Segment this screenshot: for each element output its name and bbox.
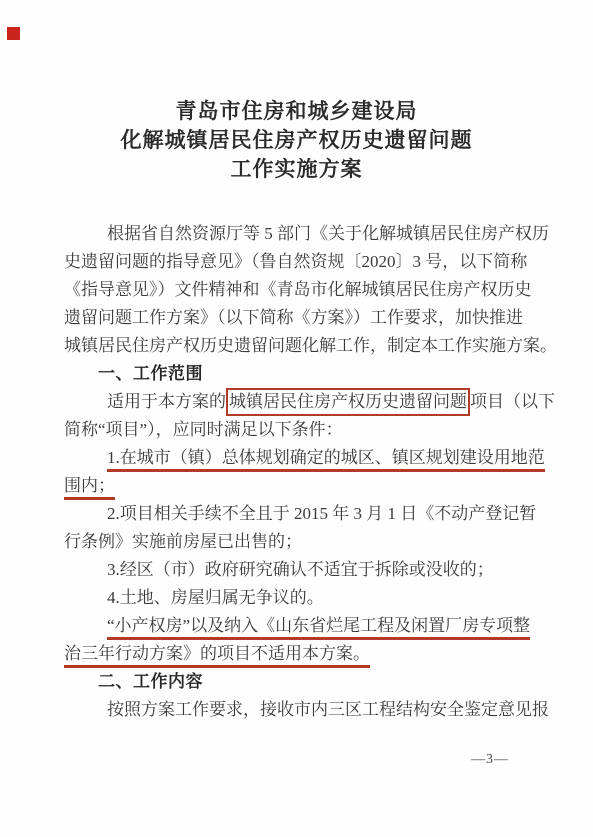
title-line-3: 工作实施方案 [0,155,593,184]
red-underlined-text: 围内； [64,476,115,500]
red-underlined-text: 1.在城市（镇）总体规划确定的城区、镇区规划建设用地范 [107,448,545,472]
paragraph-3-line-2: 治三年行动方案》的项目不适用本方案。 [64,640,532,668]
paragraph-1-line-3: 《指导意见》）文件精神和《青岛市化解城镇居民住房产权历史 [64,276,532,304]
paragraph-1-line-4: 遗留问题工作方案》（以下简称《方案》）工作要求，加快推进 [64,304,532,332]
condition-3: 3.经区（市）政府研究确认不适宜于拆除或没收的； [64,556,532,584]
title-line-1: 青岛市住房和城乡建设局 [0,97,593,126]
paragraph-2-text-before-box: 适用于本方案的 [107,392,226,411]
paragraph-3-line-1: “小产权房”以及纳入《山东省烂尾工程及闲置厂房专项整 [64,612,532,640]
paragraph-2-line-1: 适用于本方案的城镇居民住房产权历史遗留问题项目（以下 [64,388,532,416]
document-body: 根据省自然资源厅等 5 部门《关于化解城镇居民住房产权历 史遗留问题的指导意见》… [64,220,532,724]
document-page: 青岛市住房和城乡建设局 化解城镇居民住房产权历史遗留问题 工作实施方案 根据省自… [0,0,593,837]
condition-2-line-2: 行条例》实施前房屋已出售的； [64,528,532,556]
title-line-2: 化解城镇居民住房产权历史遗留问题 [0,126,593,155]
red-annotation-box: 城镇居民住房产权历史遗留问题 [226,388,470,416]
red-underlined-text: 治三年行动方案》的项目不适用本方案。 [64,644,370,668]
page-number: —3— [471,752,509,768]
paragraph-1-line-1: 根据省自然资源厅等 5 部门《关于化解城镇居民住房产权历 [64,220,532,248]
section-heading-1: 一、工作范围 [64,360,532,388]
red-square-mark [7,27,20,40]
document-title: 青岛市住房和城乡建设局 化解城镇居民住房产权历史遗留问题 工作实施方案 [0,97,593,184]
condition-1-line-2: 围内； [64,472,532,500]
paragraph-2-text-after-box: 项目（以下 [470,392,555,411]
condition-4: 4.土地、房屋归属无争议的。 [64,584,532,612]
condition-2-line-1: 2.项目相关手续不全且于 2015 年 3 月 1 日《不动产登记暂 [64,500,532,528]
paragraph-1-line-5: 城镇居民住房产权历史遗留问题化解工作，制定本工作实施方案。 [64,332,532,360]
condition-1-line-1: 1.在城市（镇）总体规划确定的城区、镇区规划建设用地范 [64,444,532,472]
paragraph-4-line-1: 按照方案工作要求，接收市内三区工程结构安全鉴定意见报 [64,696,532,724]
section-heading-2: 二、工作内容 [64,668,532,696]
paragraph-2-line-2: 简称“项目”），应同时满足以下条件： [64,416,532,444]
paragraph-1-line-2: 史遗留问题的指导意见》（鲁自然资规〔2020〕3 号，以下简称 [64,248,532,276]
red-underlined-text: “小产权房”以及纳入《山东省烂尾工程及闲置厂房专项整 [107,616,530,640]
